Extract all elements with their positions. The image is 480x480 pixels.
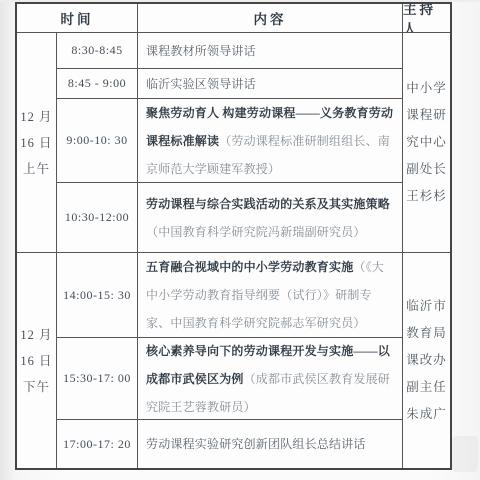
host-cell-afternoon: 临沂市 教育局 课改办 副主任 朱成广 bbox=[403, 253, 450, 468]
session-content-row-2: 临沂实验区领导讲话 bbox=[138, 69, 403, 99]
time-cell-row-3: 9:00-10: 30 bbox=[57, 99, 138, 183]
date-cell-morning: 12 月 16 日 上午 bbox=[17, 33, 57, 253]
time-cell-row-1: 8:30-8:45 bbox=[57, 33, 138, 69]
host-cell-morning: 中小学 课程研 究中心 副处长 王杉杉 bbox=[403, 33, 450, 253]
session-content-row-1: 课程教材所领导讲话 bbox=[138, 33, 403, 69]
time-cell-row-7: 17:00-17: 20 bbox=[57, 420, 138, 468]
header-cell-time: 时间 bbox=[17, 4, 138, 33]
header-cell-content: 内容 bbox=[138, 4, 403, 33]
time-cell-row-4: 10:30-12:00 bbox=[57, 183, 138, 253]
time-cell-row-5: 14:00-15: 30 bbox=[57, 253, 138, 338]
session-title: 劳动课程与综合实践活动的关系及其实施策略 bbox=[146, 197, 390, 211]
schedule-table: 时间 内容 主持人 12 月 16 日 上午 12 月 16 日 下午 8:30… bbox=[15, 2, 452, 470]
session-text: 课程教材所领导讲话 bbox=[146, 44, 256, 58]
watermark bbox=[452, 436, 478, 472]
time-cell-row-6: 15:30-17: 00 bbox=[57, 338, 138, 420]
session-note: （中国教育科学研究院冯新瑞副研究员） bbox=[146, 225, 366, 239]
date-cell-afternoon: 12 月 16 日 下午 bbox=[17, 253, 57, 468]
session-content-row-6: 核心素养导向下的劳动课程开发与实施——以成都市武侯区为例（成都市武侯区教育发展研… bbox=[138, 338, 403, 420]
session-content-row-7: 劳动课程实验研究创新团队组长总结讲话 bbox=[138, 420, 403, 468]
session-content-row-3: 聚焦劳动育人 构建劳动课程——义务教育劳动课程标准解读（劳动课程标准研制组组长、… bbox=[138, 99, 403, 183]
session-text: 临沂实验区领导讲话 bbox=[146, 77, 256, 91]
session-title: 五育融合视域中的中小学劳动教育实施 bbox=[146, 260, 353, 274]
session-content-row-4: 劳动课程与综合实践活动的关系及其实施策略（中国教育科学研究院冯新瑞副研究员） bbox=[138, 183, 403, 253]
session-text: 劳动课程实验研究创新团队组长总结讲话 bbox=[146, 437, 366, 451]
schedule-photo: 时间 内容 主持人 12 月 16 日 上午 12 月 16 日 下午 8:30… bbox=[0, 0, 480, 480]
time-cell-row-2: 8:45 - 9:00 bbox=[57, 69, 138, 99]
header-cell-host: 主持人 bbox=[403, 4, 450, 33]
session-content-row-5: 五育融合视域中的中小学劳动教育实施（《大中小学劳动教育指导纲要（试行）》研制专家… bbox=[138, 253, 403, 338]
